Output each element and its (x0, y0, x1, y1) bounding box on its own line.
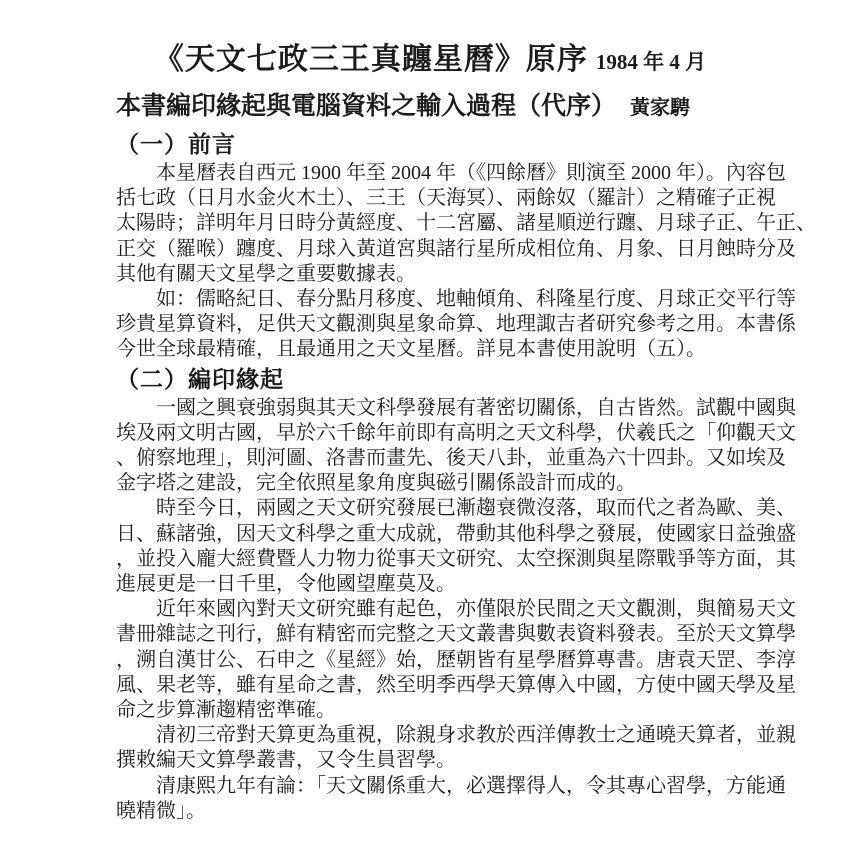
text-line: ，並投入龐大經費暨人力物力從事天文研究、太空探測與星際戰爭等方面，其 (116, 547, 744, 572)
page-title: 《天文七政三王真躔星曆》原序 (154, 43, 588, 76)
document-page: 《天文七政三王真躔星曆》原序 1984 年 4 月 本書編印緣起與電腦資料之輸入… (116, 38, 744, 824)
page-subtitle: 本書編印緣起與電腦資料之輸入過程（代序） (116, 93, 616, 120)
text-line: 風、果老等，雖有星命之書，然至明季西學天算傳入中國，方使中國天學及星 (116, 673, 744, 698)
text-line: 進展更是一日千里，令他國望塵莫及。 (116, 572, 744, 597)
paragraph: 時至今日，兩國之天文研究發展已漸趨衰微沒落，取而代之者為歐、美、日、蘇諸強，因天… (116, 496, 744, 597)
text-line: 、俯察地理」，則河圖、洛書而畫先、後天八卦，並重為六十四卦。又如埃及 (116, 446, 744, 471)
text-line: 本星曆表自西元 1900 年至 2004 年（《四餘曆》則演至 2000 年）。… (116, 161, 744, 186)
paragraph: 清康熙九年有論：「天文關係重大，必選擇得人，令其專心習學，方能通曉精微」。 (116, 774, 744, 824)
section-heading: （二）編印緣起 (116, 365, 744, 395)
text-line: 清初三帝對天算更為重視，除親身求教於西洋傳教士之通曉天算者，並親 (116, 723, 744, 748)
text-line: 日、蘇諸強，因天文科學之重大成就，帶動其他科學之發展，使國家日益強盛 (116, 522, 744, 547)
text-line: 如：儒略紀日、春分點月移度、地軸傾角、科隆星行度、月球正交平行等 (116, 287, 744, 312)
paragraph: 本星曆表自西元 1900 年至 2004 年（《四餘曆》則演至 2000 年）。… (116, 161, 744, 287)
text-line: 正交（羅喉）躔度、月球入黃道宮與諸行星所成相位角、月象、日月蝕時分及 (116, 237, 744, 262)
text-line: 撰敕編天文算學叢書，又令生員習學。 (116, 748, 744, 773)
text-line: 書冊雜誌之刊行，鮮有精密而完整之天文叢書與數表資料發表。至於天文算學 (116, 622, 744, 647)
text-line: 括七政（日月水金火木土）、三王（天海冥）、兩餘奴（羅計）之精確子正視 (116, 186, 744, 211)
paragraph: 近年來國內對天文研究雖有起色，亦僅限於民間之天文觀測，與簡易天文書冊雜誌之刊行，… (116, 597, 744, 723)
text-line: 命之步算漸趨精密準確。 (116, 698, 744, 723)
page-date: 1984 年 4 月 (596, 50, 706, 74)
text-line: 一國之興衰強弱與其天文科學發展有著密切關係，自古皆然。試觀中國與 (116, 396, 744, 421)
text-line: 近年來國內對天文研究雖有起色，亦僅限於民間之天文觀測，與簡易天文 (116, 597, 744, 622)
text-line: 曉精微」。 (116, 799, 744, 824)
paragraph: 清初三帝對天算更為重視，除親身求教於西洋傳教士之通曉天算者，並親撰敕編天文算學叢… (116, 723, 744, 773)
text-line: 金字塔之建設，完全依照星象角度與磁引關係設計而成的。 (116, 471, 744, 496)
text-line: 太陽時；詳明年月日時分黃經度、十二宮屬、諸星順逆行躔、月球子正、午正、 (116, 211, 744, 236)
section-heading: （一）前言 (116, 130, 744, 160)
paragraph: 如：儒略紀日、春分點月移度、地軸傾角、科隆星行度、月球正交平行等珍貴星算資料，足… (116, 287, 744, 363)
page-author: 黃家騁 (630, 97, 690, 119)
text-line: 今世全球最精確，且最通用之天文星曆。詳見本書使用說明（五）。 (116, 337, 744, 362)
text-line: 埃及兩文明古國，早於六千餘年前即有高明之天文科學，伏羲氏之「仰觀天文 (116, 421, 744, 446)
document-body: （一）前言 本星曆表自西元 1900 年至 2004 年（《四餘曆》則演至 20… (116, 130, 744, 824)
page-subtitle-row: 本書編印緣起與電腦資料之輸入過程（代序） 黃家騁 (116, 89, 744, 128)
page-title-row: 《天文七政三王真躔星曆》原序 1984 年 4 月 (116, 38, 744, 87)
text-line: 清康熙九年有論：「天文關係重大，必選擇得人，令其專心習學，方能通 (116, 774, 744, 799)
text-line: 其他有關天文星學之重要數據表。 (116, 262, 744, 287)
text-line: 時至今日，兩國之天文研究發展已漸趨衰微沒落，取而代之者為歐、美、 (116, 496, 744, 521)
text-line: 珍貴星算資料，足供天文觀測與星象命算、地理諏吉者研究參考之用。本書係 (116, 312, 744, 337)
paragraph: 一國之興衰強弱與其天文科學發展有著密切關係，自古皆然。試觀中國與埃及兩文明古國，… (116, 396, 744, 497)
text-line: ，溯自漢甘公、石申之《星經》始，歷朝皆有星學曆算專書。唐袁天罡、李淳 (116, 648, 744, 673)
